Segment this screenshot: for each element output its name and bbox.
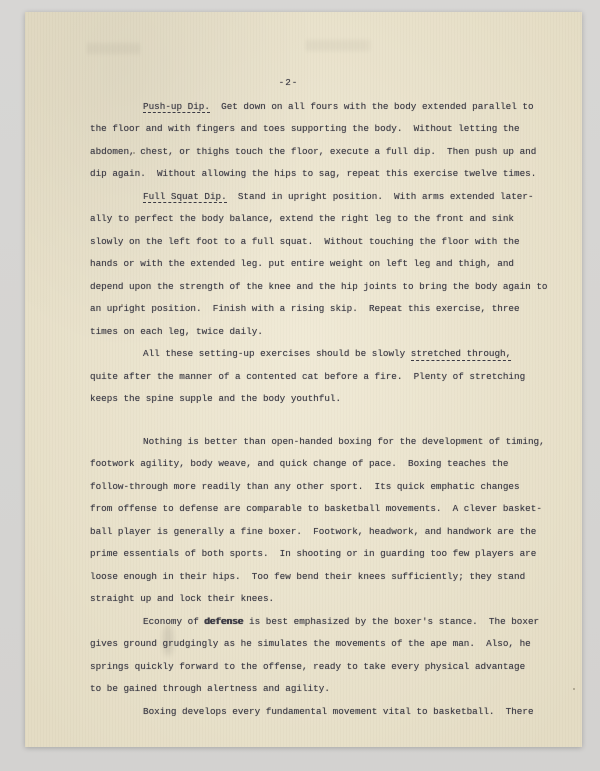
text-run: Boxing develops every fundamental moveme… [143, 706, 534, 717]
text-line: Full Squat Dip. Stand in upright positio… [90, 186, 543, 209]
text-line: keeps the spine supple and the body yout… [90, 388, 543, 411]
paper-speck [573, 688, 575, 690]
text-run: Nothing is better than open-handed boxin… [143, 436, 545, 447]
paragraph: Nothing is better than open-handed boxin… [90, 431, 543, 611]
text-run: All these setting-up exercises should be… [143, 348, 411, 359]
text-run: Stand in upright position. With arms ext… [227, 191, 534, 202]
text-line: springs quickly forward to the offense, … [90, 656, 543, 679]
underlined-phrase: stretched through, [411, 348, 511, 361]
text-run: abdomen, chest, or thighs touch the floo… [90, 146, 536, 157]
text-column: -2- Push-up Dip. Get down on all fours w… [90, 72, 543, 723]
text-run: prime essentials of both sports. In shoo… [90, 548, 536, 559]
text-run: dip again. Without allowing the hips to … [90, 168, 536, 179]
text-run: Economy of [143, 616, 204, 627]
text-line: Nothing is better than open-handed boxin… [90, 431, 543, 454]
text-line: the floor and with fingers and toes supp… [90, 118, 543, 141]
text-line: ball player is generally a fine boxer. F… [90, 521, 543, 544]
document-body: Push-up Dip. Get down on all fours with … [90, 96, 543, 724]
text-run: footwork agility, body weave, and quick … [90, 458, 508, 469]
ink-bleed-smudge [307, 40, 369, 51]
paragraph: Push-up Dip. Get down on all fours with … [90, 96, 543, 186]
text-run: ally to perfect the body balance, extend… [90, 213, 514, 224]
document-page: -2- Push-up Dip. Get down on all fours w… [25, 12, 582, 747]
text-run: follow-through more readily than any oth… [90, 481, 520, 492]
text-run: depend upon the strength of the knee and… [90, 281, 547, 292]
text-line: an upright position. Finish with a risin… [90, 298, 543, 321]
text-run: gives ground grudgingly as he simulates … [90, 638, 531, 649]
text-line: gives ground grudgingly as he simulates … [90, 633, 543, 656]
text-run: Get down on all fours with the body exte… [210, 101, 534, 112]
text-line: follow-through more readily than any oth… [90, 476, 543, 499]
text-line: Push-up Dip. Get down on all fours with … [90, 96, 543, 119]
overstruck-word: defense [204, 616, 243, 627]
text-run: from offense to defense are comparable t… [90, 503, 542, 514]
paragraph: All these setting-up exercises should be… [90, 343, 543, 411]
text-line: dip again. Without allowing the hips to … [90, 163, 543, 186]
text-run: keeps the spine supple and the body yout… [90, 393, 341, 404]
text-line: ally to perfect the body balance, extend… [90, 208, 543, 231]
text-line: Boxing develops every fundamental moveme… [90, 701, 543, 724]
text-run: times on each leg, twice daily. [90, 326, 263, 337]
text-run: quite after the manner of a contented ca… [90, 371, 525, 382]
text-run: ball player is generally a fine boxer. F… [90, 526, 536, 537]
text-line: quite after the manner of a contented ca… [90, 366, 543, 389]
text-run: an upright position. Finish with a risin… [90, 303, 520, 314]
text-run: straight up and lock their knees. [90, 593, 274, 604]
page-number: -2- [62, 72, 515, 95]
ink-bleed-smudge [88, 43, 140, 54]
text-line: straight up and lock their knees. [90, 588, 543, 611]
text-line: footwork agility, body weave, and quick … [90, 453, 543, 476]
text-run: springs quickly forward to the offense, … [90, 661, 525, 672]
text-run: to be gained through alertness and agili… [90, 683, 330, 694]
text-line: to be gained through alertness and agili… [90, 678, 543, 701]
scanned-document: -2- Push-up Dip. Get down on all fours w… [0, 0, 600, 771]
text-line: prime essentials of both sports. In shoo… [90, 543, 543, 566]
text-line: Economy of defense is best emphasized by… [90, 611, 543, 634]
text-run: slowly on the left foot to a full squat.… [90, 236, 520, 247]
text-run: is best emphasized by the boxer's stance… [243, 616, 539, 627]
text-line: slowly on the left foot to a full squat.… [90, 231, 543, 254]
underlined-phrase: Full Squat Dip. [143, 191, 227, 204]
text-line: All these setting-up exercises should be… [90, 343, 543, 366]
paragraph: Full Squat Dip. Stand in upright positio… [90, 186, 543, 344]
text-line: times on each leg, twice daily. [90, 321, 543, 344]
text-line: loose enough in their hips. Too few bend… [90, 566, 543, 589]
underlined-phrase: Push-up Dip. [143, 101, 210, 114]
text-line: from offense to defense are comparable t… [90, 498, 543, 521]
text-line: hands or with the extended leg. put enti… [90, 253, 543, 276]
text-line: depend upon the strength of the knee and… [90, 276, 543, 299]
paragraph: Economy of defense is best emphasized by… [90, 611, 543, 701]
text-run: the floor and with fingers and toes supp… [90, 123, 520, 134]
paragraph: Boxing develops every fundamental moveme… [90, 701, 543, 724]
text-run: hands or with the extended leg. put enti… [90, 258, 514, 269]
text-line: abdomen, chest, or thighs touch the floo… [90, 141, 543, 164]
text-run: loose enough in their hips. Too few bend… [90, 571, 525, 582]
